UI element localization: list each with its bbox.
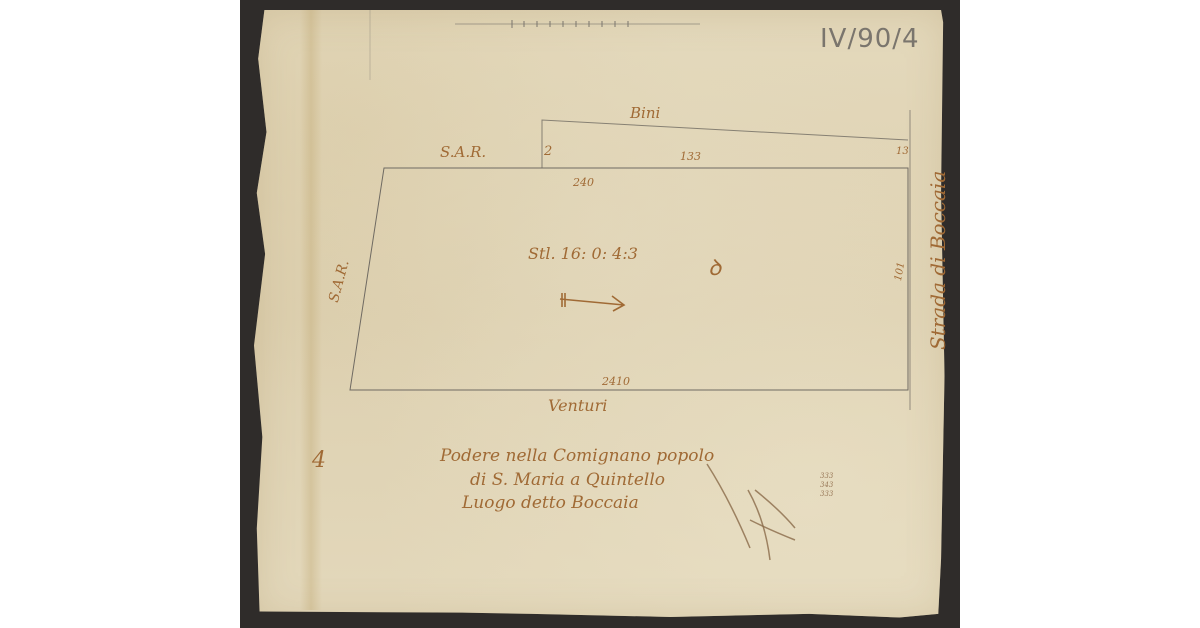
boundary-label-right: Strada di Boccaia: [926, 171, 950, 350]
measurement-top-right-segment: 133: [680, 150, 701, 163]
scale-ruler: [455, 20, 700, 28]
measurement-top-inner: 240: [573, 176, 594, 189]
boundary-label-bottom: Venturi: [548, 396, 607, 415]
archive-id: IV/90/4: [820, 24, 920, 54]
marginal-numbers: 333 343 333: [820, 472, 833, 499]
sheet-number: 4: [312, 448, 326, 473]
boundary-label-top-left: S.A.R.: [440, 143, 486, 161]
caption-line-2: di S. Maria a Quintello: [470, 470, 665, 490]
boundary-label-top: Bini: [630, 104, 660, 122]
caption-line-1: Podere nella Comignano popolo: [440, 446, 714, 466]
map-drawing: [0, 0, 1200, 628]
arrow-icon: [560, 293, 624, 311]
measurement-bottom: 2410: [602, 375, 630, 388]
caption-line-3: Luogo detto Boccaia: [462, 493, 639, 513]
measurement-top-right-corner: 13: [896, 146, 909, 157]
pen-strokes: [707, 464, 795, 560]
parcel-symbol-icon: ꝺ: [708, 252, 721, 282]
measurement-top-small: 2: [544, 144, 552, 159]
area-annotation: Stl. 16: 0: 4:3: [528, 244, 638, 263]
